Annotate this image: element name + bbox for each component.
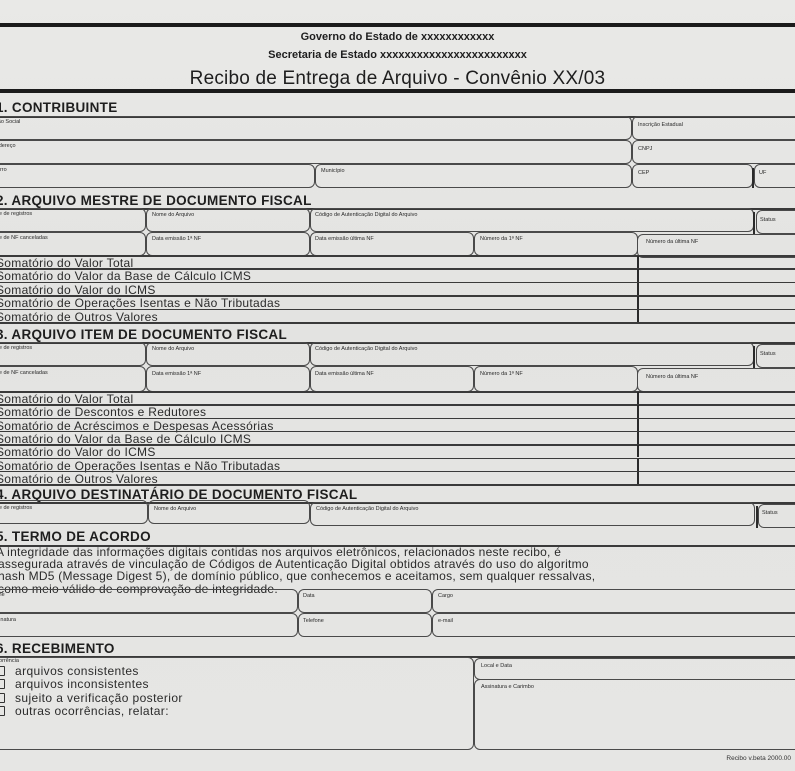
- item-codigo-autenticacao-label: Código de Autenticação Digital do Arquiv…: [315, 346, 417, 352]
- cnpj-label: CNPJ: [638, 146, 652, 152]
- razao-social-field[interactable]: [0, 116, 632, 140]
- item-numero-primeira-nf-label: Número da 1ª NF: [480, 371, 523, 377]
- cep-label: CEP: [638, 170, 649, 176]
- telefone-label: Telefone: [303, 618, 324, 624]
- mestre-nome-arquivo-label: Nome do Arquivo: [152, 212, 194, 218]
- sum-value-field[interactable]: [639, 405, 795, 416]
- razao-social-label: Razão Social: [0, 119, 20, 125]
- sum-value-field[interactable]: [639, 432, 795, 443]
- sum-value-field[interactable]: [639, 269, 795, 280]
- ocorrencia-box[interactable]: [0, 657, 474, 750]
- dest-codigo-autenticacao-label: Código de Autenticação Digital do Arquiv…: [316, 506, 418, 512]
- mestre-status-label: Status: [760, 217, 776, 223]
- cargo-field[interactable]: [432, 589, 795, 613]
- section-mestre-title: 2. ARQUIVO MESTRE DE DOCUMENTO FISCAL: [0, 193, 312, 208]
- page-title: Recibo de Entrega de Arquivo - Convênio …: [0, 68, 795, 90]
- local-data-field[interactable]: [474, 658, 795, 680]
- dest-status-field[interactable]: [758, 504, 795, 528]
- dest-nome-arquivo-field[interactable]: [148, 500, 310, 524]
- endereco-label: Endereço: [0, 143, 16, 149]
- item-status-label: Status: [760, 351, 776, 357]
- sum-row-divider: [0, 484, 795, 486]
- dest-status-label: Status: [762, 510, 778, 516]
- bairro-field[interactable]: [0, 164, 315, 188]
- nome-field[interactable]: [0, 589, 298, 613]
- sum-value-field[interactable]: [639, 283, 795, 294]
- sum-value-field[interactable]: [639, 472, 795, 483]
- termo-line: hash MD5 (Message Digest 5), de domínio …: [0, 570, 795, 582]
- section-recebimento-title: 6. RECEBIMENTO: [0, 641, 115, 656]
- mestre-qtde-nf-canceladas-label: Qtde de NF canceladas: [0, 235, 48, 241]
- inscricao-estadual-field[interactable]: [632, 116, 795, 140]
- endereco-field[interactable]: [0, 140, 632, 164]
- uf-label: UF: [759, 170, 766, 176]
- uf-field[interactable]: [754, 164, 795, 188]
- email-field[interactable]: [432, 613, 795, 637]
- mestre-data-primeira-nf-label: Data emissão 1ª NF: [152, 236, 201, 242]
- item-data-primeira-nf-label: Data emissão 1ª NF: [152, 371, 201, 377]
- cep-field[interactable]: [632, 164, 753, 188]
- mestre-data-ultima-nf-label: Data emissão última NF: [315, 236, 374, 242]
- assinatura-field[interactable]: [0, 613, 298, 637]
- header-government: Governo do Estado de xxxxxxxxxxxx: [0, 31, 795, 43]
- form-version: Recibo v.beta 2000.00: [726, 755, 791, 762]
- assinatura-label: Assinatura: [0, 617, 16, 623]
- sum-value-field[interactable]: [639, 445, 795, 456]
- bairro-label: Bairro: [0, 167, 7, 173]
- item-numero-primeira-nf-field[interactable]: [474, 366, 638, 392]
- data-field[interactable]: [298, 589, 432, 613]
- dest-qtde-registros-field[interactable]: [0, 500, 148, 524]
- sum-row-divider: [0, 322, 795, 324]
- data-label: Data: [303, 593, 315, 599]
- assinatura-carimbo-label: Assinatura e Carimbo: [481, 684, 534, 690]
- sum-value-field[interactable]: [639, 256, 795, 267]
- header-secretariat: Secretaria de Estado xxxxxxxxxxxxxxxxxxx…: [0, 49, 795, 61]
- separator: [753, 346, 755, 368]
- section-termo-title: 5. TERMO DE ACORDO: [0, 529, 151, 544]
- top-rule: [0, 23, 795, 27]
- sum-value-field[interactable]: [639, 310, 795, 321]
- item-numero-ultima-nf-field[interactable]: [637, 368, 795, 392]
- item-data-ultima-nf-label: Data emissão última NF: [315, 371, 374, 377]
- sum-value-field[interactable]: [639, 459, 795, 470]
- mestre-qtde-registros-label: Qtde de registros: [0, 211, 32, 217]
- dest-qtde-registros-label: Qtde de registros: [0, 505, 32, 511]
- dest-nome-arquivo-label: Nome do Arquivo: [154, 506, 196, 512]
- mestre-numero-ultima-nf-label: Número da última NF: [646, 239, 698, 245]
- email-label: e-mail: [438, 618, 453, 624]
- mestre-numero-primeira-nf-label: Número da 1ª NF: [480, 236, 523, 242]
- local-data-label: Local e Data: [481, 663, 512, 669]
- item-qtde-nf-canceladas-label: Qtde de NF canceladas: [0, 370, 48, 376]
- municipio-field[interactable]: [315, 164, 632, 188]
- item-qtde-registros-label: Qtde de registros: [0, 345, 32, 351]
- item-numero-ultima-nf-label: Número da última NF: [646, 374, 698, 380]
- termo-text: A integridade das informações digitais c…: [0, 546, 795, 595]
- section-contribuinte-title: 1. CONTRIBUINTE: [0, 100, 118, 115]
- sum-value-field[interactable]: [639, 392, 795, 403]
- cargo-label: Cargo: [438, 593, 453, 599]
- mestre-codigo-autenticacao-label: Código de Autenticação Digital do Arquiv…: [315, 212, 417, 218]
- sum-value-field[interactable]: [639, 419, 795, 430]
- sum-value-field[interactable]: [639, 296, 795, 307]
- item-nome-arquivo-label: Nome do Arquivo: [152, 346, 194, 352]
- separator: [753, 212, 755, 234]
- nome-label: Nome: [0, 592, 5, 598]
- inscricao-estadual-label: Inscrição Estadual: [638, 122, 683, 128]
- telefone-field[interactable]: [298, 613, 432, 637]
- item-data-ultima-nf-field[interactable]: [310, 366, 474, 392]
- cnpj-field[interactable]: [632, 140, 795, 164]
- section-item-title: 3. ARQUIVO ITEM DE DOCUMENTO FISCAL: [0, 327, 287, 342]
- item-data-primeira-nf-field[interactable]: [146, 366, 310, 392]
- municipio-label: Município: [321, 168, 345, 174]
- title-rule: [0, 89, 795, 93]
